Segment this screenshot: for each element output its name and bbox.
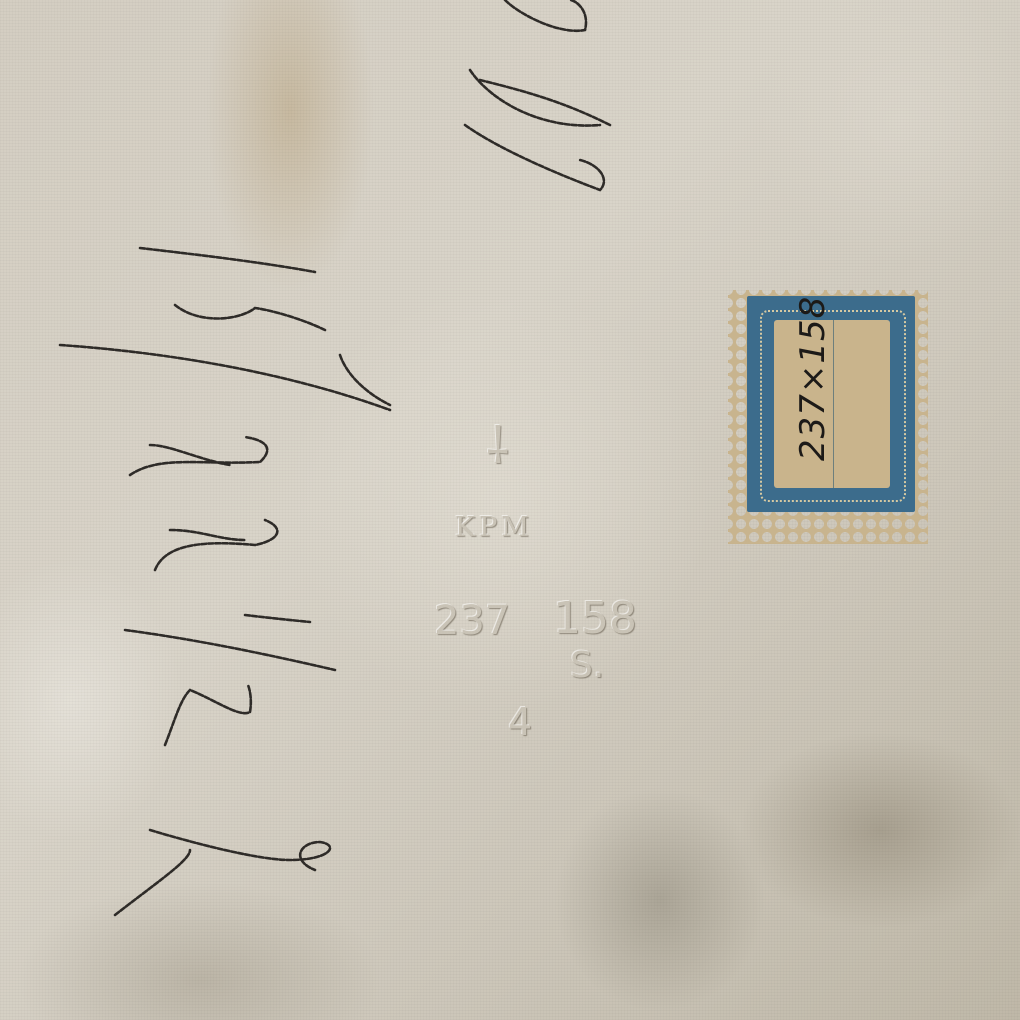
pencil-stroke-top xyxy=(505,0,586,31)
mark-4: 4 xyxy=(508,700,532,744)
label-handwritten-dimensions: 237×158 xyxy=(793,331,833,461)
mark-s: S. xyxy=(570,645,604,686)
size-mark-237: 237 xyxy=(434,598,510,644)
label-divider-line xyxy=(833,320,834,488)
porcelain-plaque-back: ⸸ KPM 237 158 S. 4 237×158 xyxy=(0,0,1020,1020)
scepter-mark: ⸸ xyxy=(486,410,509,478)
pencil-stroke-2 xyxy=(465,70,610,190)
size-mark-158: 158 xyxy=(553,593,637,644)
kpm-mark: KPM xyxy=(455,512,533,543)
